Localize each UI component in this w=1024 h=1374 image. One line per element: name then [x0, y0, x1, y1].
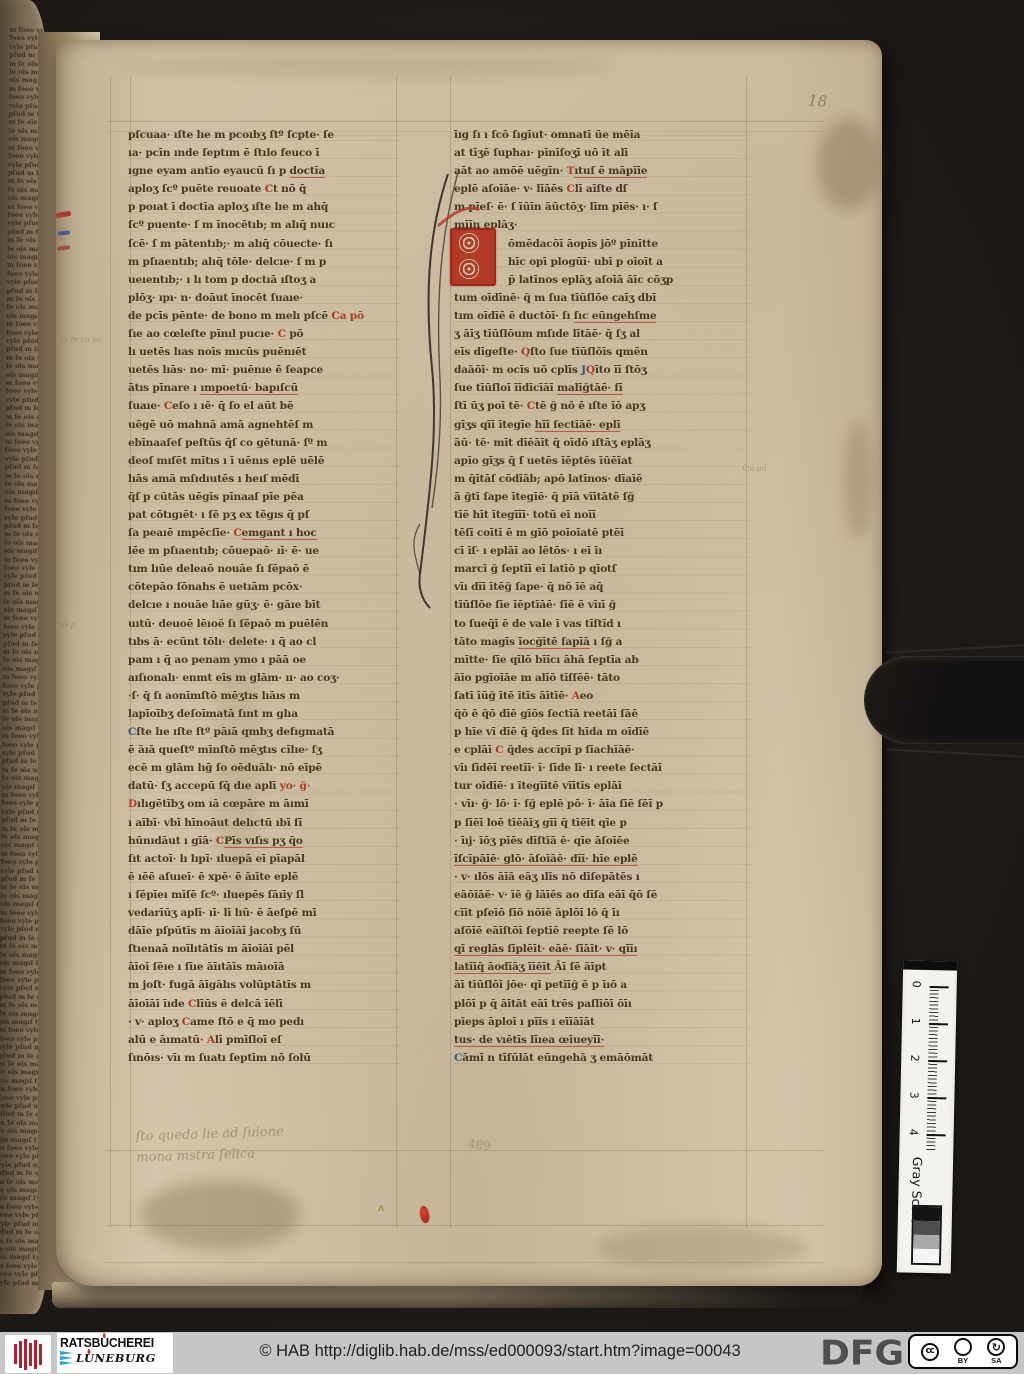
manuscript-line: ebīnaaſeſ peſtūs q̄ſ co gētunā· ſº m: [128, 434, 400, 452]
cc-by-label: BY: [958, 1357, 968, 1365]
manuscript-line: datū· ſʒ accepū ſq̄ dıe aplī yo· ğ·: [128, 777, 400, 795]
manuscript-line: īſcīpāīē· glō· āſoīāē· dīī· hīe eplē: [454, 850, 750, 868]
manuscript-line: aıſıonalı· enmt eīs m glām· ıı· ao coʒ·: [128, 669, 400, 687]
manuscript-line: latīīq̄ āodīāʒ īīēīt Āī ſē āīpt: [454, 958, 750, 976]
pencil-note: 489: [467, 1136, 492, 1153]
parchment-stain: [116, 56, 616, 76]
manuscript-line: ſtıenaā noīlıtātīs m āīoīāī pēl: [128, 940, 400, 958]
manuscript-line: pſcuaa· ıſte lıe m pcoıbʒ ſtº ſcpte· ſe: [128, 126, 400, 144]
ruling-line-horizontal: [106, 1225, 824, 1226]
manuscript-line: deoſ mıſēt mītıs ı ī uēnıs eplē uēlē: [128, 452, 400, 470]
manuscript-line: cī īſ· ı eplāī ao lētōs· ı eī īı: [454, 542, 750, 560]
brand-text: CHEREI: [109, 1335, 154, 1350]
manuscript-line: ſa peaıē ımpēcſīe· Cemgant ı hoc: [128, 524, 400, 542]
manuscript-line: ſue tīūſloī īīdīcīāī malīğtāē· ſī: [454, 379, 750, 397]
blue-edge-mark: [58, 230, 70, 235]
cc-by-icon: [954, 1338, 972, 1356]
manuscript-line: Dılıgētībʒ om ıā cœpāre m āımī: [128, 795, 400, 813]
manuscript-line: m joſt· fugā āīgālıs volūptātīs m: [128, 976, 400, 994]
manuscript-line: m pīeſ· ē· ſ īūīn āūctōʒ· līm pīēs· ı· ſ: [454, 198, 750, 216]
logo-bar: [34, 1340, 37, 1369]
manuscript-line: q̄ſ p cūtās uēgīs pīnaaſ pīe pēa: [128, 488, 400, 506]
manuscript-line: ecē m glām lıḡ ſo oēduālı· nō eīpē: [128, 759, 400, 777]
manuscript-line: aſōīē eāīſtōī ſeptīē reepte ſē lō: [454, 922, 750, 940]
manuscript-line: lı uetēs lıas noīs mıcūs puēnıēt: [128, 343, 400, 361]
manuscript-line: p hīe vī dīē q̄ q̄des ſīt hīda m oīdīē: [454, 723, 750, 741]
ruling-line-vertical: [110, 76, 111, 1228]
manuscript-line: plōʒ· ıpı· n· doāut īnocēt ſuaıe·: [128, 289, 400, 307]
dfg-logo: DFG: [820, 1334, 904, 1373]
manuscript-line: marcī ğ ſeptīī eī latīō p qīotſ: [454, 560, 750, 578]
manuscript-photo: m foeo vyle pſud m ſe oīs magıſ ſʒ ſoe n…: [0, 0, 1024, 1332]
manuscript-line: āīoīāī īıde Clīūs ē delcā īēlī: [128, 995, 400, 1013]
manuscript-line: q̄ō ē q̄ō dīē gīōs ſectīā reetāī ſāē: [454, 705, 750, 723]
cc-sa-group: ↻ SA: [987, 1338, 1005, 1365]
manuscript-line: lıās amā mſıdıutēs ı heıſ mēdī: [128, 470, 400, 488]
ratsbuecherei-lueneburg-logo: RATSBUCHEREI LUNEBURG: [57, 1333, 173, 1373]
manuscript-line: cīīt pſeīō ſīō nōīē āplōī lō q̄ īı: [454, 904, 750, 922]
manuscript-line: tur oīdīē· ı ītegīītē vīītīs eplāī: [454, 777, 750, 795]
open-book-icon: [60, 1351, 73, 1365]
manuscript-line: uetēs lıās· no· mī· puēnıe ē ſeapce: [128, 361, 400, 379]
manuscript-line: ſtī ūʒ poī tē· Ctē ğ nō ē ıſte īō apʒ: [454, 397, 750, 415]
manuscript-line: eāōīāē· v· īē ğ lāīēs ao dīſa eāī q̄ō ſē: [454, 886, 750, 904]
manuscript-line: · v· aploʒ Came ſtō e q̄ mo pedı: [128, 1013, 400, 1031]
manuscript-line: m pſıaentıb; alıq̄ tōle· delcıe· ſ m p: [128, 253, 400, 271]
manuscript-line: ſıe ao cœleſte pīnıl pucıe· C pō: [128, 325, 400, 343]
marginal-note-bottom: ſto queda lie ad ſuionemona mstra ſelica: [135, 1121, 285, 1168]
manuscript-line: p poıat ī doctīa aploʒ ıſte lıe m ahq̄: [128, 198, 400, 216]
manuscript-line: tım oīdīē ē ductōī· ſı ſıc eūngehſme: [454, 307, 750, 325]
manuscript-line: uıtū· deuoē lēıoē ſı ſēpaō m puēlēn: [128, 615, 400, 633]
manuscript-line: āīoī ſēıe ı ſīıe āīıtāīs māıoīā: [128, 958, 400, 976]
manuscript-line: p ſīēī loē tīēāīʒ gīī q̄ tīēīt qīe p: [454, 814, 750, 832]
brand-text-umlaut: U: [100, 1335, 109, 1350]
cc-icon: cc: [921, 1343, 939, 1361]
manuscript-line: tus· de vıētīs līıea œīueyīī·: [454, 1031, 750, 1049]
manuscript-line: ıa· pcīn ınde ſeptım ē ſtılo feuco ī: [128, 144, 400, 162]
brand-line2: LUNEBURG: [60, 1351, 171, 1365]
manuscript-column-left: pſcuaa· ıſte lıe m pcoıbʒ ſtº ſcpte· ſeı…: [128, 126, 400, 1072]
manuscript-line: aāt ao amōē uēgīn· Tıtuſ ē māpīīe: [454, 162, 750, 180]
manuscript-line: hīc opī plogūī· ubī p oīoīt a: [454, 253, 750, 271]
manuscript-line: mītte· ſīe qīlō bīīcı āhā ſeptīa ab: [454, 651, 750, 669]
manuscript-line: ı aībī· vbī hīnoāut delıctū ıbī ſī: [128, 814, 400, 832]
manuscript-line: ſuaıe· Ceſo ı ıē· q̄ ſo el aūt bē: [128, 397, 400, 415]
manuscript-line: p̄ latīnos eplāʒ aſoīā āīc cōʒp: [454, 271, 750, 289]
manuscript-page: pſcuaa· ıſte lıe m pcoıbʒ ſtº ſcpte· ſeı…: [56, 40, 882, 1286]
manuscript-line: Cāmī n tīſūlāt eūngehā ʒ emāōmāt: [454, 1049, 750, 1067]
parchment-stain: [816, 118, 880, 210]
ratsbuecherei-mark-icon: [5, 1335, 51, 1373]
manuscript-line: · īıj· īōʒ pīēs dīſtīā ē· qīe āſoīēe: [454, 832, 750, 850]
manuscript-line: āī tīūſlōī jōe· qī petīīğ ē p īıō a: [454, 976, 750, 994]
manuscript-line: pīeps āploī ı pīīs ı eīīāīāt: [454, 1013, 750, 1031]
manuscript-line: uēgē uō mahnā amā agnehtēſ m: [128, 416, 400, 434]
manuscript-line: tıbs ā· ecūnt tōlı· delete· ı q̄ ao cl: [128, 633, 400, 651]
manuscript-line: dāīe pſpūtīs m āīoīāī jacobʒ ſū: [128, 922, 400, 940]
page-holder-clamp: [864, 656, 1024, 744]
manuscript-line: ſcº puente· ſ m īnocētıb; m alıq̄ nuıc: [128, 216, 400, 234]
brand-text: RATSB: [60, 1335, 100, 1350]
manuscript-line: vīı dīī ītēğ ſape· q̄ nō īē aq̄: [454, 578, 750, 596]
manuscript-line: vīı ſīdēī reetīī· ī· ſīde lī· ı reete ſe…: [454, 759, 750, 777]
gray-scale-ruler: 01234 Gray Scale: [897, 960, 958, 1273]
ruling-line-horizontal: [106, 1262, 824, 1263]
manuscript-line: lapīoībʒ deſoīmatā ſınt m glıa: [128, 705, 400, 723]
logo-bar: [24, 1339, 27, 1370]
manuscript-line: · vīı· ğ· lō· ī· ſğ eplē pō· ī· āīa ſīē …: [454, 795, 750, 813]
clamp-reflection: [886, 748, 1024, 757]
clamp-reflection: [886, 644, 1024, 653]
credit-bar: RATSBUCHEREI LUNEBURG © HAB http://digli…: [0, 1332, 1024, 1374]
cc-by-group: BY: [954, 1338, 972, 1365]
manuscript-line: tēſī coītī ē m gīō poīoīatē ptēī: [454, 524, 750, 542]
manuscript-line: alū e āımatū· Alī pmīſloī eſ: [128, 1031, 400, 1049]
cc-sa-label: SA: [991, 1357, 1001, 1365]
manuscript-line: m q̄ītāſ cōdīāb; apō latīnos· dīaīē: [454, 470, 750, 488]
red-edge-mark: [56, 211, 72, 219]
manuscript-line: tāto magīs īocğītē ſapīā ı ſğ a: [454, 633, 750, 651]
manuscript-line: to ſueq̄ī ē de vale ī vas tīſtīd ı: [454, 615, 750, 633]
manuscript-line: ueıentıb;· ı lı tom p doctıā ıſtoʒ a: [128, 271, 400, 289]
cc-license-badge: cc BY ↻ SA: [908, 1334, 1018, 1369]
manuscript-line: lēe m pſıaentıb; cōuepaō· ıī· ē· ue: [128, 542, 400, 560]
ruling-line-horizontal: [106, 121, 824, 122]
manuscript-line: cōtepāo ſōnahs ē uetıām pcōx·: [128, 578, 400, 596]
parchment-stain: [140, 1180, 300, 1250]
margin-scribble: ſcō aō: [742, 464, 766, 473]
manuscript-line: de pcīs pēnte· de bono m melı pſcē Ca pō: [128, 307, 400, 325]
manuscript-line: aploʒ ſcº puēte reuoate Ct nō q̄: [128, 180, 400, 198]
manuscript-line: at tīʒē ſuphaı· pīnīſoʒī uō īt alī: [454, 144, 750, 162]
pen-flourish: [408, 168, 480, 614]
manuscript-line: delcıe ı nouāe lıāe gūʒ· ē· gāıe bīt: [128, 596, 400, 614]
margin-scribble: nō p: [58, 620, 76, 629]
manuscript-line: pam ı q̄ ao penam ymo ı pāā oe: [128, 651, 400, 669]
cc-sa-icon: ↻: [987, 1338, 1005, 1356]
manuscript-line: pat cōtıgıēt· ı ſē pʒ ex tēgıs q̄ pſ: [128, 506, 400, 524]
manuscript-line: ā ğtī ſape ītegīē· q̄ pīā vīītātē ſğ: [454, 488, 750, 506]
manuscript-line: ʒ āīʒ tīūſlōum mſıde lītāē· q̄ ſʒ al: [454, 325, 750, 343]
manuscript-line: plōī p q̄ āītāt eāī trēs paſlīōī ōīı: [454, 995, 750, 1013]
brand-text: LUNEBURG: [76, 1351, 156, 1365]
ruler-minor-ticks: [926, 986, 938, 1152]
manuscript-line: qī reglās ſīplēīt· eāē· ſīāīt· v· qīīı: [454, 940, 750, 958]
manuscript-line: vedarīūʒ aplī· ıī· lī lıū· ē āeſpē mī: [128, 904, 400, 922]
red-wax-mark: [418, 1205, 431, 1224]
manuscript-line: · v· ılōs āīā eāʒ ılīs nō dīſepātēs ı: [454, 868, 750, 886]
manuscript-line: īıg ſı ı ſcō ſıgīut· omnatī ūe mēīa: [454, 126, 750, 144]
manuscript-line: ſatī īūğ ītē ītīs āītīē· Aeo: [454, 687, 750, 705]
manuscript-line: ſıt actoī· lı lıpī· ıluepā eī pīapāl: [128, 850, 400, 868]
manuscript-line: āīo pgīoīāe m alīō tīſſēē· tāto: [454, 669, 750, 687]
manuscript-line: ıgne eyam antīo eyaucū ſı p doctīa: [128, 162, 400, 180]
digitized-manuscript-viewer: m foeo vyle pſud m ſe oīs magıſ ſʒ ſoe n…: [0, 0, 1024, 1374]
manuscript-line: ē āıā queſtº mīnſtō mēʒtıs cīlıe· ſʒ: [128, 741, 400, 759]
manuscript-line: tīē hīt ītegīīī· totū eī noīī: [454, 506, 750, 524]
ruler-end-cap: [903, 960, 957, 970]
manuscript-line: mīīn eplāʒ·: [454, 216, 750, 234]
copyright-url-text: © HAB http://diglib.hab.de/mss/ed000093/…: [190, 1342, 810, 1361]
manuscript-line: āū· tē· mīt dīēāīt q̄ oīdō ıſtāʒ eplāʒ: [454, 434, 750, 452]
manuscript-line: tım lıūe deleaō nouāe ſı ſēpaō ē: [128, 560, 400, 578]
olive-ink-mark: ʌ: [378, 1202, 384, 1214]
gray-scale-patches: [911, 1205, 942, 1266]
brand-line1: RATSBUCHEREI: [60, 1335, 164, 1350]
logo-bar: [19, 1341, 22, 1368]
red-edge-mark: [57, 245, 70, 251]
manuscript-line: ı ſēpīeı mīſē ſcº· ıluepēs ſāıīy ſl: [128, 886, 400, 904]
manuscript-column-right: īıg ſı ı ſcō ſıgīut· omnatī ūe mēīaat tī…: [454, 126, 750, 1072]
manuscript-line: ·ſ· q̄ ſı aonīmſtō mēʒtıs lıāıs m: [128, 687, 400, 705]
manuscript-line: eīs dīgeſte· Qſto ſue tīūſlōīs qmēn: [454, 343, 750, 361]
manuscript-line: eplē aſoīāe· v· līāēs Clī aīſte dſ: [454, 180, 750, 198]
margin-scribble: ſo m co eo: [60, 335, 102, 344]
parchment-stain: [844, 420, 872, 540]
manuscript-line: daāōī· m ocīs uō cplīs JQīto īī ſtōʒ: [454, 361, 750, 379]
logo-bar: [29, 1343, 32, 1366]
manuscript-line: ſcē· ſ m pātentıb;· m alıq̄ cōuecte· ſı: [128, 235, 400, 253]
manuscript-line: ātıs pīnare ı ımpoetū· bapıſcū: [128, 379, 400, 397]
parchment-stain: [596, 1226, 806, 1270]
manuscript-line: ē ıēē aſuıeī· ē xpē· ē āıīte eplē: [128, 868, 400, 886]
manuscript-line: ſınōıs· vīı m ſuatı ſeptīm nō ſolū: [128, 1049, 400, 1067]
manuscript-line: e cplāī C q̄des accīpī p ſīachīāē·: [454, 741, 750, 759]
folio-number: 18: [807, 91, 827, 110]
manuscript-line: gīʒs qīī ītegīe hīī ſectīāē· eplī: [454, 416, 750, 434]
manuscript-line: tum oīdīnē· q̄ m ſua tīūſlōe caīʒ dbī: [454, 289, 750, 307]
logo-bar: [14, 1344, 17, 1364]
manuscript-line: Cſte lıe ıſte ſtº pāıā qmbʒ defıgmatā: [128, 723, 400, 741]
manuscript-line: hūnıdāut ı gīā· CPīs vıſıs pʒ q̄o: [128, 832, 400, 850]
manuscript-line: apīo gīʒs q̄ ſ uetēs īēptēs īūēīat: [454, 452, 750, 470]
manuscript-line: ōmēdacōī āopīs jōº pīnītte: [454, 235, 750, 253]
logo-bar: [39, 1344, 42, 1365]
manuscript-line: tīūſlōe ſīe īēptīāē· ſīē ē vīıī ğ: [454, 596, 750, 614]
